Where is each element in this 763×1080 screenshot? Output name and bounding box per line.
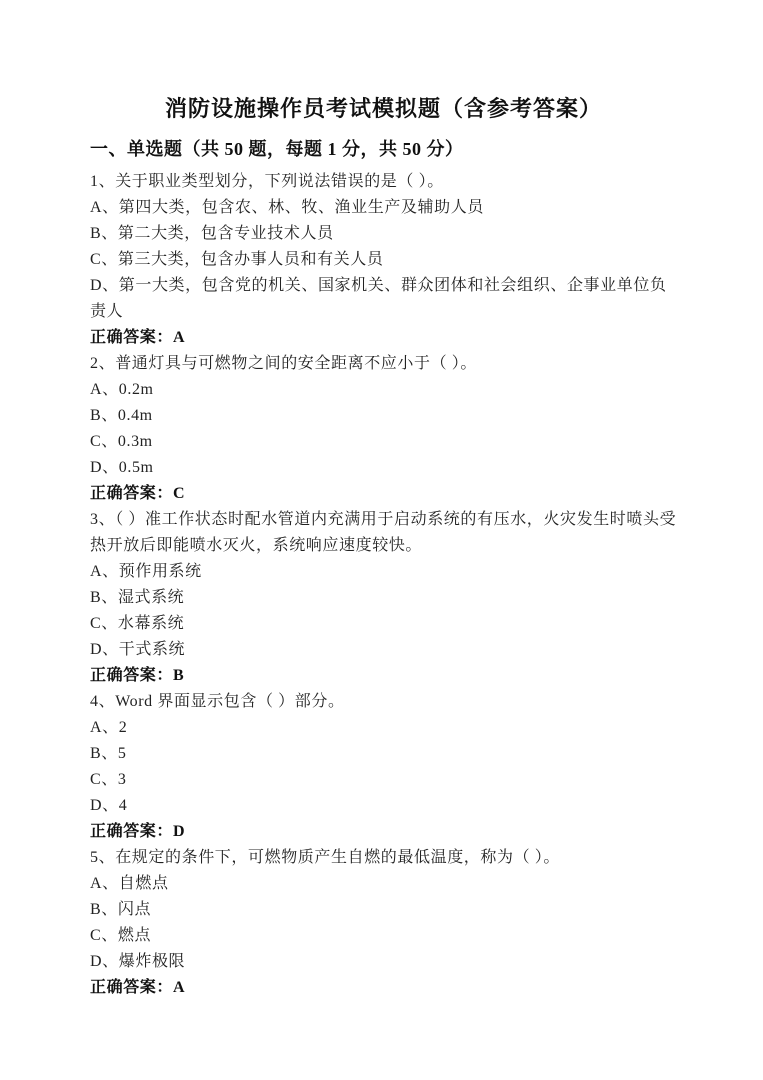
question-option: A、第四大类，包含农、林、牧、渔业生产及辅助人员 bbox=[90, 195, 677, 221]
question-list: 1、关于职业类型划分，下列说法错误的是（ ）。A、第四大类，包含农、林、牧、渔业… bbox=[90, 169, 677, 1001]
question-option: C、0.3m bbox=[90, 429, 677, 455]
question-block: 4、Word 界面显示包含（ ）部分。A、2B、5C、3D、4正确答案：D bbox=[90, 689, 677, 845]
question-option: D、0.5m bbox=[90, 455, 677, 481]
question-stem: 2、普通灯具与可燃物之间的安全距离不应小于（ ）。 bbox=[90, 351, 677, 377]
question-option: C、燃点 bbox=[90, 923, 677, 949]
question-block: 5、在规定的条件下，可燃物质产生自燃的最低温度，称为（ ）。A、自燃点B、闪点C… bbox=[90, 845, 677, 1001]
answer-line: 正确答案：B bbox=[90, 663, 677, 689]
question-option: C、第三大类，包含办事人员和有关人员 bbox=[90, 247, 677, 273]
question-option: B、5 bbox=[90, 741, 677, 767]
question-stem: 4、Word 界面显示包含（ ）部分。 bbox=[90, 689, 677, 715]
question-block: 3、（ ）准工作状态时配水管道内充满用于启动系统的有压水，火灾发生时喷头受热开放… bbox=[90, 507, 677, 689]
question-option: A、预作用系统 bbox=[90, 559, 677, 585]
question-option: B、闪点 bbox=[90, 897, 677, 923]
question-option: B、0.4m bbox=[90, 403, 677, 429]
question-stem: 5、在规定的条件下，可燃物质产生自燃的最低温度，称为（ ）。 bbox=[90, 845, 677, 871]
document-title: 消防设施操作员考试模拟题（含参考答案） bbox=[90, 94, 677, 124]
question-option: A、自燃点 bbox=[90, 871, 677, 897]
question-option: C、水幕系统 bbox=[90, 611, 677, 637]
question-option: C、3 bbox=[90, 767, 677, 793]
question-block: 2、普通灯具与可燃物之间的安全距离不应小于（ ）。A、0.2mB、0.4mC、0… bbox=[90, 351, 677, 507]
document-page: 消防设施操作员考试模拟题（含参考答案） 一、单选题（共 50 题，每题 1 分，… bbox=[0, 0, 763, 1080]
question-option: D、爆炸极限 bbox=[90, 949, 677, 975]
question-option: A、2 bbox=[90, 715, 677, 741]
answer-line: 正确答案：A bbox=[90, 975, 677, 1001]
section-heading: 一、单选题（共 50 题，每题 1 分，共 50 分） bbox=[90, 136, 677, 162]
question-option: B、湿式系统 bbox=[90, 585, 677, 611]
question-option: A、0.2m bbox=[90, 377, 677, 403]
question-option: D、第一大类，包含党的机关、国家机关、群众团体和社会组织、企事业单位负责人 bbox=[90, 273, 677, 325]
question-stem: 3、（ ）准工作状态时配水管道内充满用于启动系统的有压水，火灾发生时喷头受热开放… bbox=[90, 507, 677, 559]
answer-line: 正确答案：D bbox=[90, 819, 677, 845]
question-option: D、干式系统 bbox=[90, 637, 677, 663]
question-block: 1、关于职业类型划分，下列说法错误的是（ ）。A、第四大类，包含农、林、牧、渔业… bbox=[90, 169, 677, 351]
question-option: D、4 bbox=[90, 793, 677, 819]
answer-line: 正确答案：A bbox=[90, 325, 677, 351]
question-stem: 1、关于职业类型划分，下列说法错误的是（ ）。 bbox=[90, 169, 677, 195]
answer-line: 正确答案：C bbox=[90, 481, 677, 507]
question-option: B、第二大类，包含专业技术人员 bbox=[90, 221, 677, 247]
